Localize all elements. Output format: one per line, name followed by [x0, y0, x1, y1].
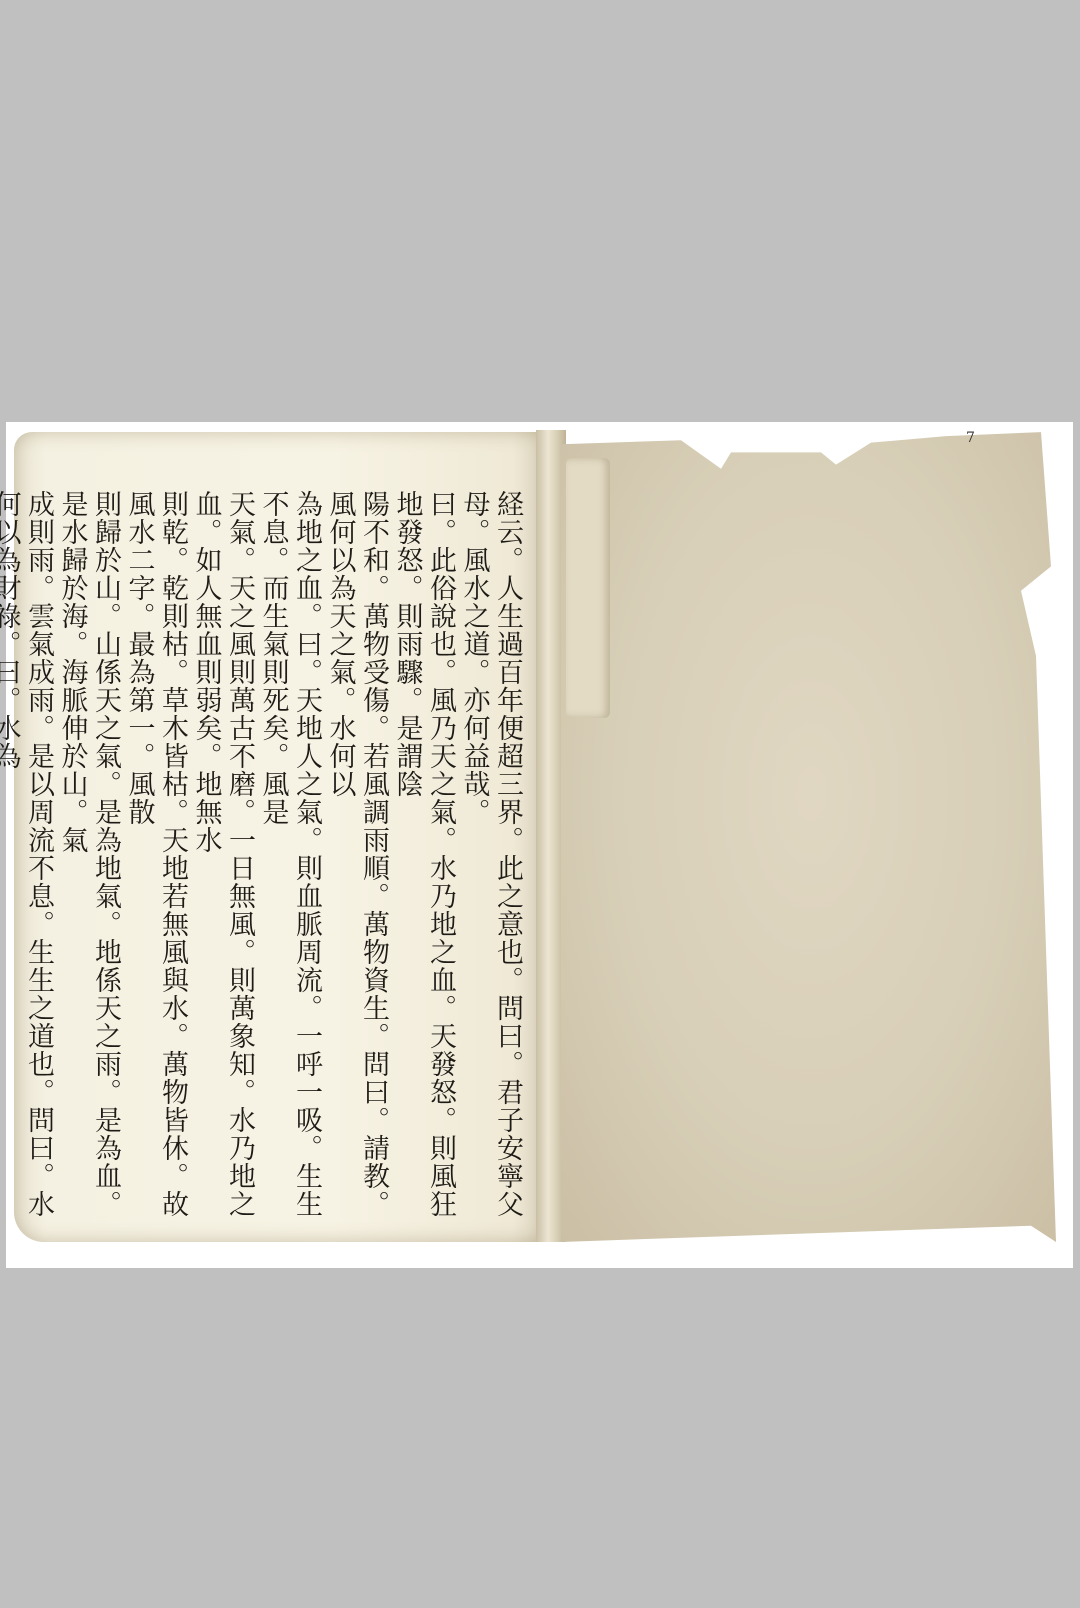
text-column: 陽不和。萬物受傷。若風調雨順。萬物資生。問曰。請教。風何以為天之氣。水何以: [323, 490, 390, 1230]
folded-page-flap: [566, 458, 610, 718]
text-column: 則歸於山。山係天之氣。是為地氣。地係天之雨。是為血。是水歸於海。海脈伸於山。氣: [55, 490, 122, 1230]
text-column: 則乾。乾則枯。草木皆枯。天地若無風與水。萬物皆休。故風水二字。最為第一。風散: [122, 490, 189, 1230]
right-blank-torn-page: [561, 428, 1061, 1242]
text-column: 成則雨。雲氣成雨。是以周流不息。生生之道也。問曰。水何以為財祿。曰。水為: [0, 490, 55, 1230]
handwritten-text-block: 経云。人生過百年便超三界。此之意也。問曰。君子安寧父母。風水之道。亦何益哉。 曰…: [54, 490, 524, 1230]
text-column: 経云。人生過百年便超三界。此之意也。問曰。君子安寧父母。風水之道。亦何益哉。: [457, 490, 524, 1230]
text-column: 為地之血。曰。天地人之氣。則血脈周流。一呼一吸。生生不息。而生氣則死矣。風是: [256, 490, 323, 1230]
text-column: 曰。此俗說也。風乃天之氣。水乃地之血。天發怒。則風狂地發怒。則雨驟。是謂陰: [390, 490, 457, 1230]
page-mark: 7: [966, 430, 975, 446]
scan-frame: 経云。人生過百年便超三界。此之意也。問曰。君子安寧父母。風水之道。亦何益哉。 曰…: [6, 422, 1073, 1268]
left-manuscript-page: 経云。人生過百年便超三界。此之意也。問曰。君子安寧父母。風水之道。亦何益哉。 曰…: [14, 432, 544, 1242]
text-column: 天氣。天之風則萬古不磨。一日無風。則萬象知。水乃地之血。如人無血則弱矣。地無水: [189, 490, 256, 1230]
